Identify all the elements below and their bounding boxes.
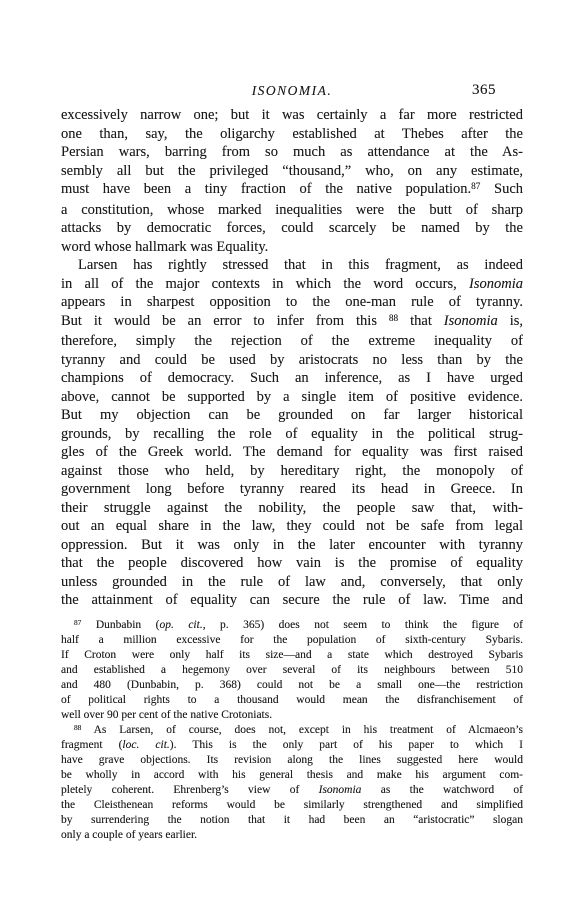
text-line: champions of democracy. Such an inferenc… [61,369,523,388]
text-run: grounds, by recalling the role of equali… [61,426,523,442]
text-run: Dunbabin ( [81,619,159,631]
text-line: well over 90 per cent of the native Crot… [61,708,523,723]
text-run: is, [498,313,523,329]
text-run: well over 90 per cent of the native Crot… [61,709,272,721]
footnotes: 87 Dunbabin (op. cit., p. 365) does not … [61,618,523,843]
text-line: fragment (loc. cit.). This is the only p… [61,738,523,753]
text-run: the attainment of equality can secure th… [61,592,523,608]
text-run: op. cit. [159,619,202,631]
text-line: only a couple of years earlier. [61,828,523,843]
text-line: But my objection can be grounded on far … [61,406,523,425]
text-run: the Cleisthenean reforms would be simila… [61,799,523,811]
text-run: in all of the major contexts in which th… [61,276,469,292]
text-line: half a million excessive for the populat… [61,633,523,648]
text-run: a constitution, whose marked inequalitie… [61,202,523,218]
text-run: champions of democracy. Such an inferenc… [61,370,523,386]
text-line: and established a hegemony over several … [61,663,523,678]
text-run: their struggle against the nobility, the… [61,500,523,516]
text-line: gles of the Greek world. The demand for … [61,443,523,462]
text-line: If Croton were only half its size—and a … [61,648,523,663]
text-line: 87 Dunbabin (op. cit., p. 365) does not … [61,618,523,633]
text-line: and 480 (Dunbabin, p. 368) could not be … [61,678,523,693]
text-run: Persian wars, barring from so much as at… [61,144,523,160]
text-run: tyranny and could be used by aristocrats… [61,352,523,368]
text-run: loc. cit. [122,739,169,751]
text-run: be wholly in accord with his general the… [61,769,523,781]
text-run: that [398,313,444,329]
text-run: against those who held, by hereditary ri… [61,463,523,479]
text-run: of political rights to a thousand would … [61,694,523,706]
text-run: out an equal share in the law, they coul… [61,518,523,534]
text-run: pletely coherent. Ehrenberg’s view of [61,784,319,796]
text-run: Isonomia [444,313,498,329]
text-column: ISONOMIA. 365 excessively narrow one; bu… [61,0,523,843]
page-header: ISONOMIA. 365 [61,82,523,99]
text-line: the Cleisthenean reforms would be simila… [61,798,523,813]
journal-page: ISONOMIA. 365 excessively narrow one; bu… [0,0,582,923]
text-line: out an equal share in the law, they coul… [61,517,523,536]
text-run: one than, say, the oligarchy established… [61,126,523,142]
text-run: that the people discovered how vain is t… [61,555,523,571]
text-line: attacks by democratic forces, could scar… [61,219,523,238]
text-line: Persian wars, barring from so much as at… [61,143,523,162]
text-run: sembly all but the privileged “thousand,… [61,163,523,179]
footnote-marker: 87 [74,618,81,627]
text-line: But it would be an error to infer from t… [61,312,523,333]
text-line: unless grounded in the rule of law and, … [61,573,523,592]
running-title: ISONOMIA. [252,83,333,98]
text-run: by surrendering the notion that it had b… [61,814,523,826]
text-run: appears in sharpest opposition to the on… [61,294,523,310]
text-line: have grave objections. Its revision alon… [61,753,523,768]
text-run: Larsen has rightly stressed that in this… [78,257,523,273]
page-number: 365 [472,82,496,99]
text-line: must have been a tiny fraction of the na… [61,180,523,201]
text-run: But my objection can be grounded on far … [61,407,523,423]
text-run: have grave objections. Its revision alon… [61,754,523,766]
text-line: above, cannot be supported by a single i… [61,388,523,407]
text-line: 88 As Larsen, of course, does not, excep… [61,723,523,738]
text-run: fragment ( [61,739,122,751]
text-run: , p. 365) does not seem to think the fig… [203,619,523,631]
text-run: oppression. But it was only in the later… [61,537,523,553]
text-run: unless grounded in the rule of law and, … [61,574,523,590]
body-text: excessively narrow one; but it was certa… [61,106,523,610]
text-run: half a million excessive for the populat… [61,634,523,646]
text-run: Such [480,181,523,197]
footnote-marker: 88 [389,314,398,324]
text-line: sembly all but the privileged “thousand,… [61,162,523,181]
text-run: ). This is the only part of his paper to… [170,739,523,751]
text-line: of political rights to a thousand would … [61,693,523,708]
text-run: government long before tyranny reared it… [61,481,523,497]
text-line: that the people discovered how vain is t… [61,554,523,573]
text-run: If Croton were only half its size—and a … [61,649,523,661]
text-line: a constitution, whose marked inequalitie… [61,201,523,220]
text-run: only a couple of years earlier. [61,829,197,841]
text-line: the attainment of equality can secure th… [61,591,523,610]
text-run: Isonomia [319,784,362,796]
text-run: attacks by democratic forces, could scar… [61,220,523,236]
text-run: excessively narrow one; but it was certa… [61,107,523,123]
footnote-marker: 87 [471,182,480,192]
text-line: appears in sharpest opposition to the on… [61,293,523,312]
text-line: their struggle against the nobility, the… [61,499,523,518]
text-run: word whose hallmark was Equality. [61,239,268,255]
text-run: gles of the Greek world. The demand for … [61,444,523,460]
text-line: excessively narrow one; but it was certa… [61,106,523,125]
text-run: as the watchword of [361,784,523,796]
text-line: oppression. But it was only in the later… [61,536,523,555]
text-line: therefore, simply the rejection of the e… [61,332,523,351]
text-line: be wholly in accord with his general the… [61,768,523,783]
text-run: But it would be an error to infer from t… [61,313,389,329]
text-line: tyranny and could be used by aristocrats… [61,351,523,370]
text-line: against those who held, by hereditary ri… [61,462,523,481]
text-line: one than, say, the oligarchy established… [61,125,523,144]
text-line: by surrendering the notion that it had b… [61,813,523,828]
text-run: must have been a tiny fraction of the na… [61,181,471,197]
text-line: word whose hallmark was Equality. [61,238,523,257]
text-line: in all of the major contexts in which th… [61,275,523,294]
text-run: and 480 (Dunbabin, p. 368) could not be … [61,679,523,691]
text-run: therefore, simply the rejection of the e… [61,333,523,349]
text-line: grounds, by recalling the role of equali… [61,425,523,444]
footnote-marker: 88 [74,723,81,732]
text-line: government long before tyranny reared it… [61,480,523,499]
text-run: and established a hegemony over several … [61,664,523,676]
text-run: As Larsen, of course, does not, except i… [81,724,523,736]
text-run: Isonomia [469,276,523,292]
text-line: Larsen has rightly stressed that in this… [61,256,523,275]
text-run: above, cannot be supported by a single i… [61,389,523,405]
text-line: pletely coherent. Ehrenberg’s view of Is… [61,783,523,798]
